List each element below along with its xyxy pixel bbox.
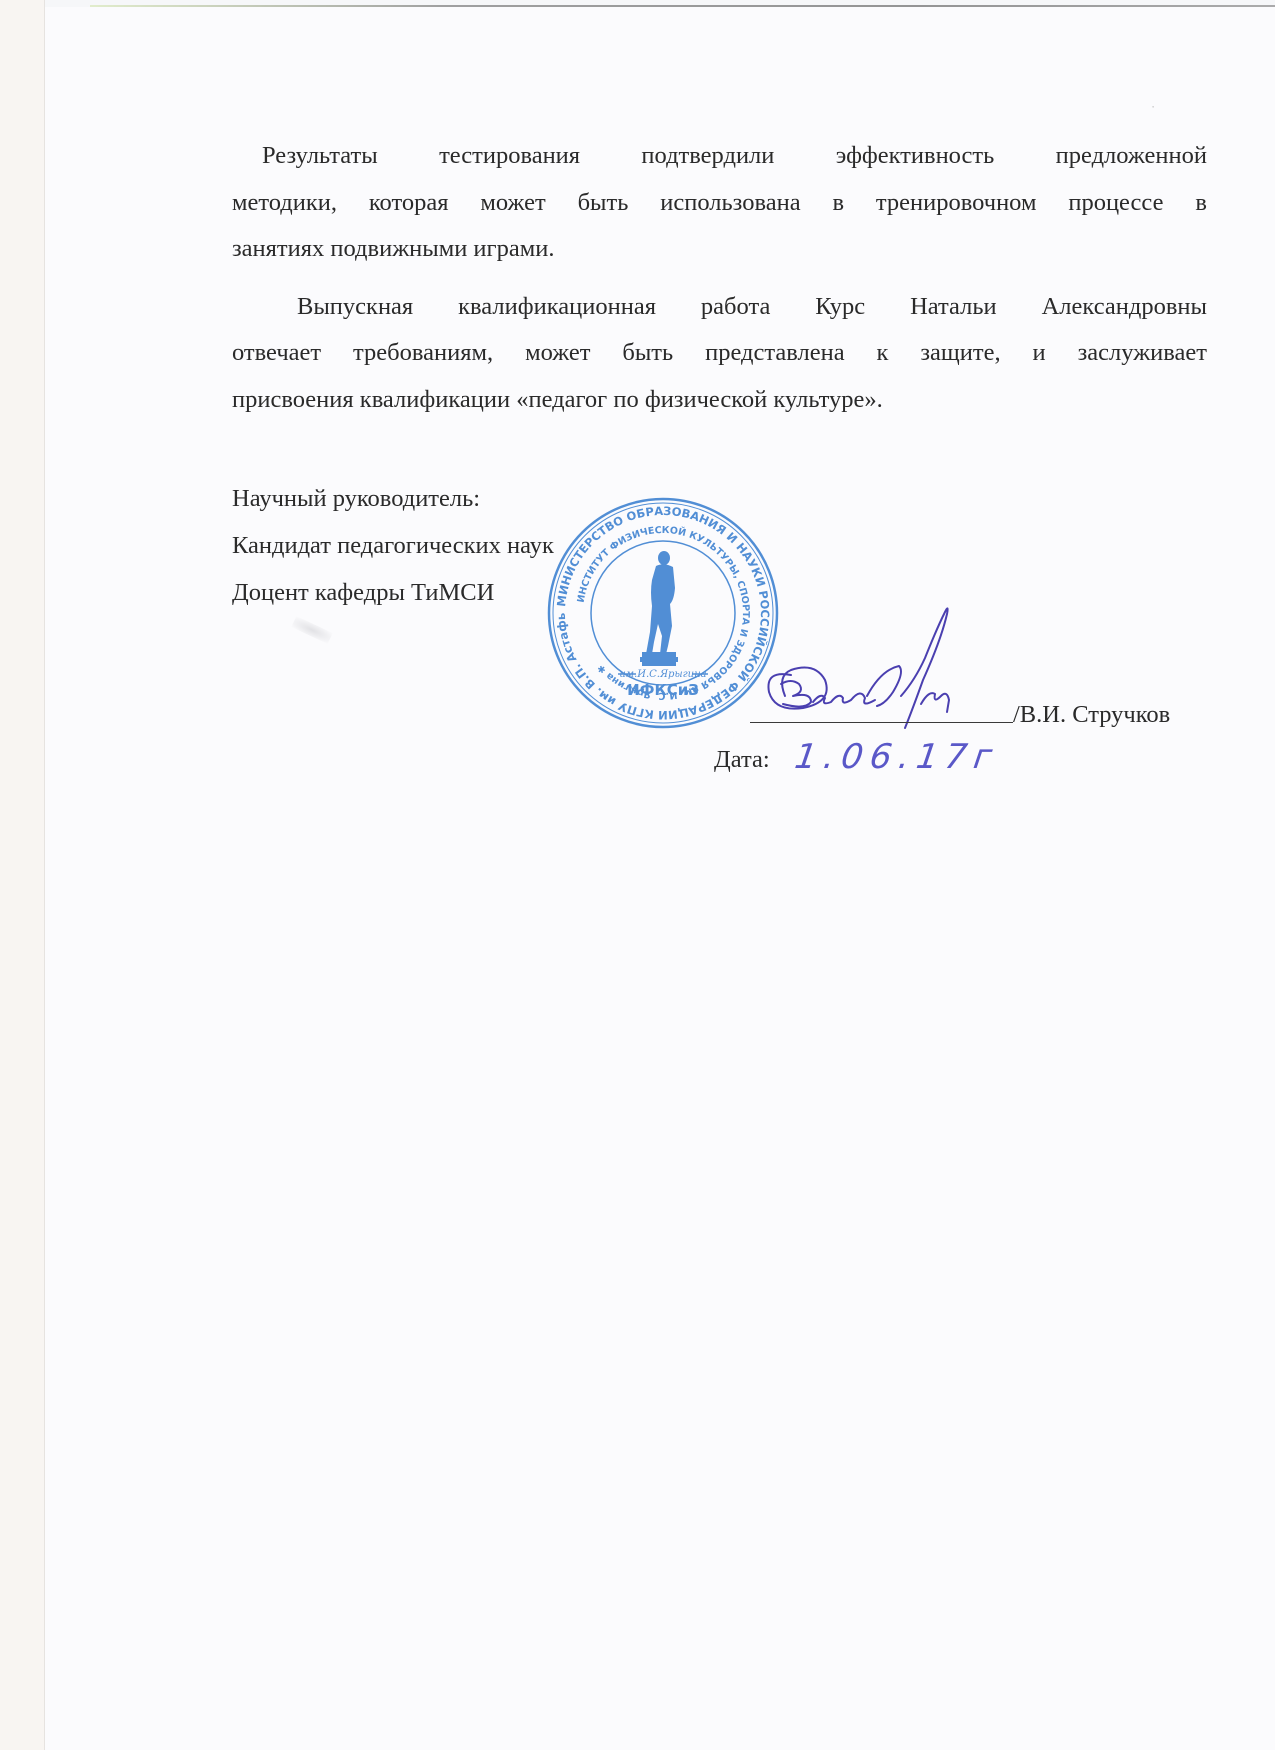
- paragraph-line: отвечаеттребованиям,можетбытьпредставлен…: [232, 338, 1207, 368]
- paragraph-line: методики,котораяможетбытьиспользованавтр…: [232, 188, 1207, 218]
- word: тренировочном: [876, 188, 1037, 218]
- paragraph-line: ВыпускнаяквалификационнаяработаКурсНатал…: [297, 292, 1207, 322]
- word: подтвердили: [641, 141, 774, 171]
- supervisor-degree: Кандидат педагогических наук: [232, 531, 554, 561]
- word: заслуживает: [1078, 338, 1207, 368]
- word: Курс: [815, 292, 865, 322]
- scan-left-edge: [0, 0, 45, 1750]
- document-page: [45, 7, 1275, 1750]
- text-line: занятиях подвижными играми.: [232, 235, 554, 262]
- word: к: [877, 338, 889, 368]
- paragraph-line: занятиях подвижными играми.: [232, 234, 554, 264]
- paragraph-line: присвоения квалификации «педагог по физи…: [232, 385, 883, 415]
- word: защите,: [920, 338, 1000, 368]
- word: в: [1195, 188, 1207, 218]
- word: быть: [622, 338, 673, 368]
- word: Выпускная: [297, 292, 413, 322]
- supervisor-role: Научный руководитель:: [232, 484, 480, 514]
- word: квалификационная: [458, 292, 656, 322]
- scan-speck: ⋅: [1151, 100, 1155, 115]
- word: которая: [369, 188, 449, 218]
- word: Александровны: [1042, 292, 1207, 322]
- word: может: [480, 188, 545, 218]
- paragraph-line: Результатытестированияподтвердилиэффекти…: [262, 141, 1207, 171]
- word: использована: [660, 188, 800, 218]
- official-stamp-icon: МИНИСТЕРСТВО ОБРАЗОВАНИЯ И НАУКИ РОССИЙС…: [546, 496, 780, 730]
- word: в: [832, 188, 844, 218]
- word: может: [525, 338, 590, 368]
- signature-icon: [755, 600, 975, 730]
- date-label: Дата:: [714, 745, 770, 775]
- text-line: присвоения квалификации «педагог по физи…: [232, 386, 883, 413]
- word: работа: [701, 292, 770, 322]
- date-handwritten: 1.06.17г: [792, 737, 1001, 777]
- stamp-abbreviation: ИФКСиЗ: [627, 681, 699, 699]
- word: быть: [578, 188, 629, 218]
- word: Натальи: [910, 292, 997, 322]
- word: Результаты: [262, 141, 378, 171]
- word: представлена: [705, 338, 844, 368]
- word: и: [1033, 338, 1046, 368]
- signature-line: [750, 722, 1013, 723]
- word: требованиям,: [353, 338, 493, 368]
- word: процессе: [1068, 188, 1163, 218]
- supervisor-name: /В.И. Стручков: [1013, 700, 1170, 730]
- word: предложенной: [1056, 141, 1207, 171]
- word: методики,: [232, 188, 337, 218]
- statue-figure-icon: [640, 551, 678, 666]
- word: отвечает: [232, 338, 321, 368]
- supervisor-position: Доцент кафедры ТиМСИ: [232, 578, 494, 608]
- word: эффективность: [836, 141, 995, 171]
- word: тестирования: [439, 141, 580, 171]
